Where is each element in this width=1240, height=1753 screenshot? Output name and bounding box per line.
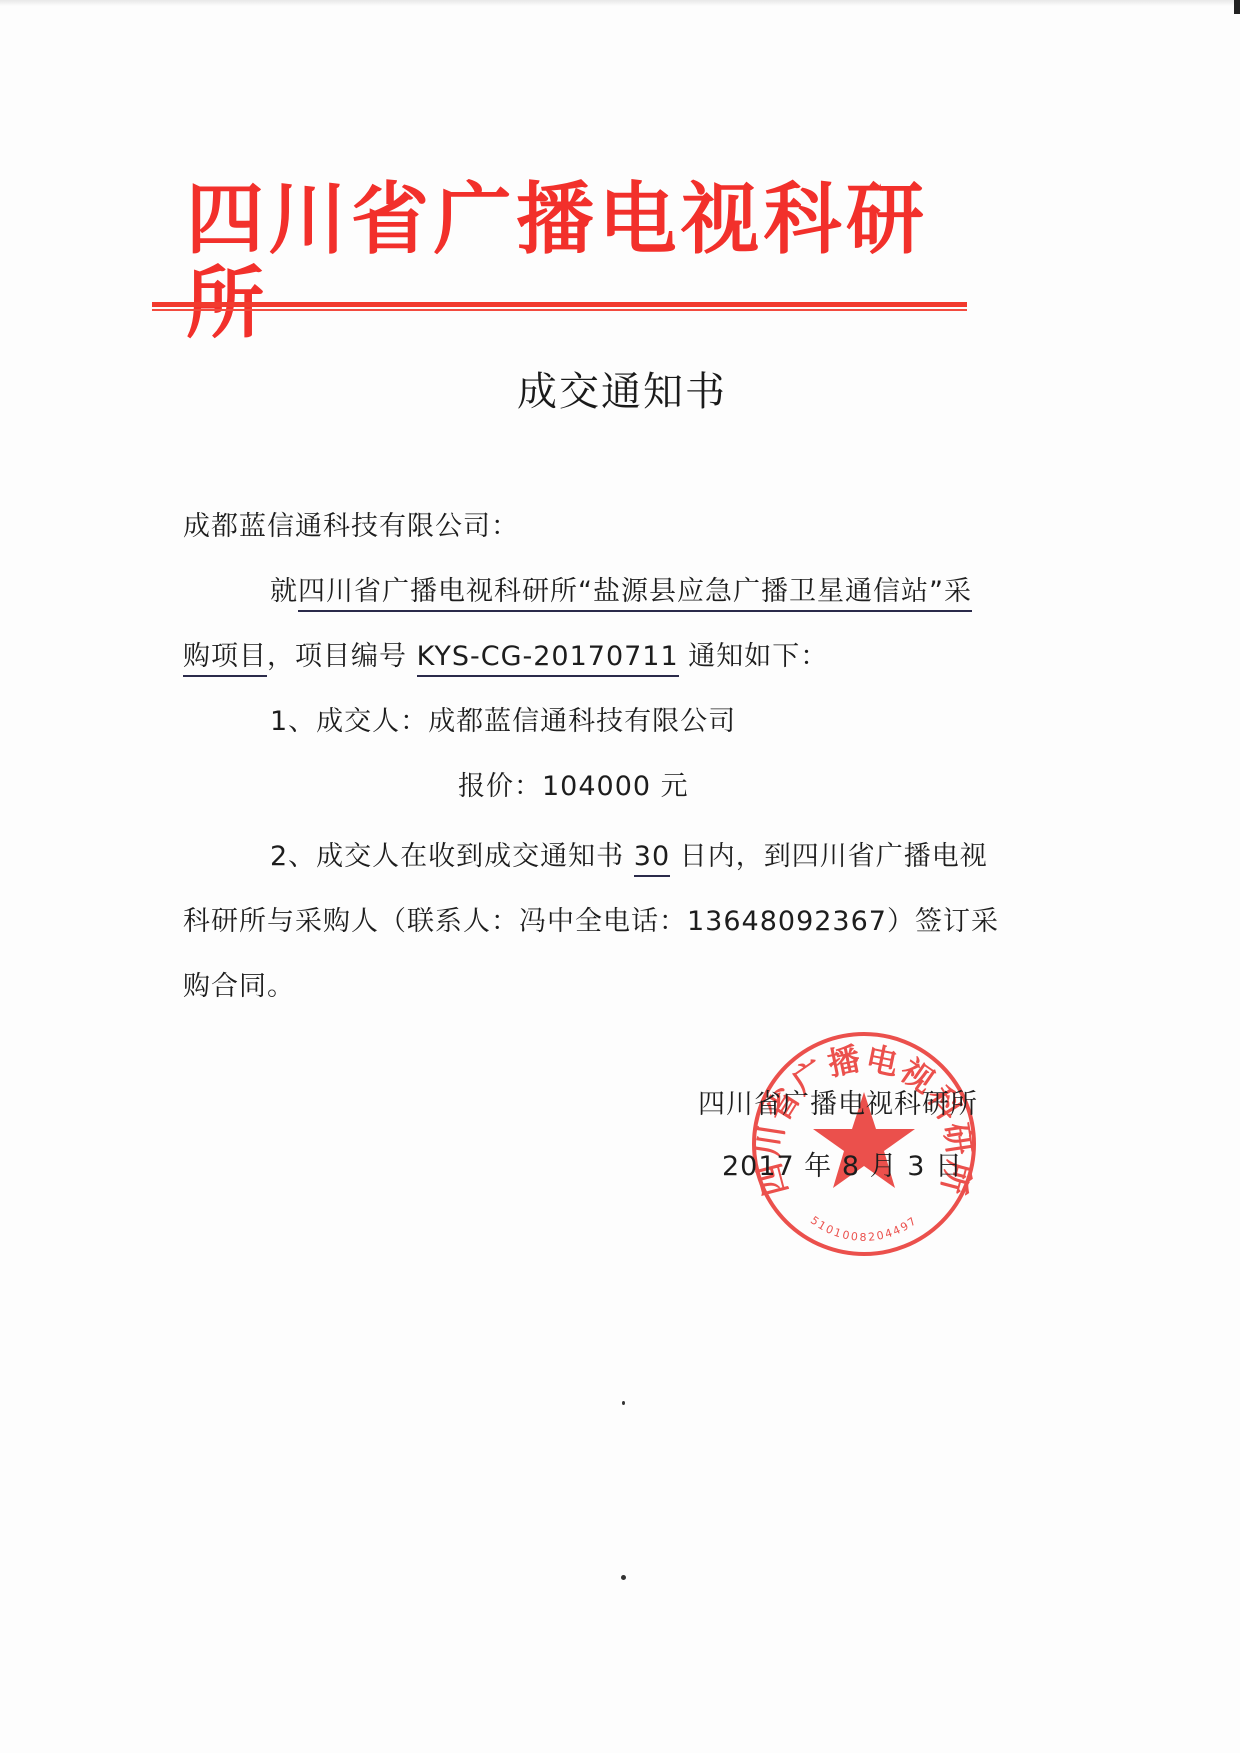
signature-organization: 四川省广播电视科研所 bbox=[698, 1088, 978, 1122]
letterhead-rule-thick bbox=[152, 302, 967, 307]
item-2-prefix: 2、成交人在收到成交通知书 bbox=[270, 841, 624, 872]
winner-label: 1、成交人： bbox=[270, 706, 428, 737]
winner-value: 成都蓝信通科技有限公司 bbox=[428, 706, 736, 737]
salutation: 成都蓝信通科技有限公司： bbox=[183, 510, 519, 544]
project-name: 四川省广播电视科研所“盐源县应急广播卫星通信站”采 bbox=[298, 576, 972, 612]
seal-serial: 5101008204497 bbox=[808, 1214, 920, 1244]
intro-separator: ，项目编号 bbox=[267, 641, 407, 672]
item-2-line-3: 购合同。 bbox=[183, 970, 295, 1004]
price-value: 104000 bbox=[542, 771, 651, 802]
item-2-line-2: 科研所与采购人（联系人：冯中全电话：13648092367）签订采 bbox=[183, 905, 999, 939]
official-seal-stamp: 四川省广播电视科研所 5101008204497 bbox=[750, 1030, 978, 1258]
letterhead-organization-title: 四川省广播电视科研所 bbox=[186, 178, 926, 346]
price-unit: 元 bbox=[661, 771, 689, 802]
signature-date: 2017 年 8 月 3 日 bbox=[722, 1150, 963, 1184]
intro-suffix: 通知如下： bbox=[688, 641, 828, 672]
intro-line-1: 就四川省广播电视科研所“盐源县应急广播卫星通信站”采 bbox=[270, 575, 972, 609]
intro-prefix: 就 bbox=[270, 576, 298, 607]
scan-edge bbox=[0, 0, 1240, 6]
scan-speck bbox=[622, 1401, 625, 1405]
item-2-line-1: 2、成交人在收到成交通知书 30 日内，到四川省广播电视 bbox=[270, 840, 988, 874]
project-name-continued: 购项目 bbox=[183, 641, 267, 677]
item-2-suffix: 日内，到四川省广播电视 bbox=[680, 841, 988, 872]
deadline-days: 30 bbox=[634, 841, 670, 877]
project-number: KYS-CG-20170711 bbox=[417, 641, 679, 677]
price-label: 报价： bbox=[458, 771, 542, 802]
intro-line-2: 购项目，项目编号 KYS-CG-20170711 通知如下： bbox=[183, 640, 828, 674]
item-1-price: 报价：104000 元 bbox=[458, 770, 689, 804]
item-1-winner: 1、成交人：成都蓝信通科技有限公司 bbox=[270, 705, 736, 739]
scan-artifact bbox=[1234, 0, 1240, 14]
svg-text:5101008204497: 5101008204497 bbox=[808, 1214, 920, 1244]
document-title: 成交通知书 bbox=[0, 368, 1240, 416]
scan-speck bbox=[621, 1575, 626, 1580]
letterhead-rule-thin bbox=[152, 309, 967, 311]
